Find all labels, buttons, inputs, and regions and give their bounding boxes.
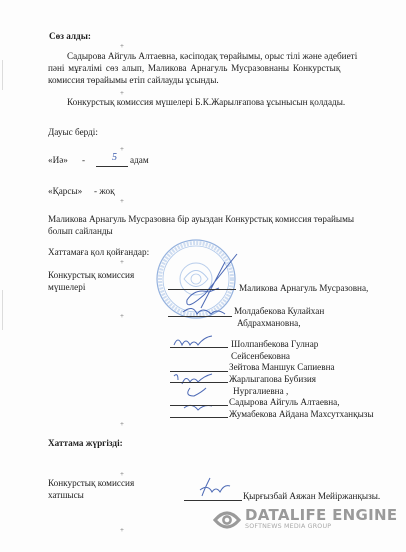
result-line: болып сайланды [48,226,113,238]
scan-mark: + [120,470,124,478]
watermark-title: DATALIFE ENGINE [245,508,397,523]
scan-mark: + [120,197,124,205]
vote-yes-unit: адам [130,155,149,167]
signature-line [184,500,242,501]
signature-line [168,316,232,317]
scan-mark: + [120,145,124,153]
vote-heading: Дауыс берді: [48,127,98,139]
signature-icon [180,384,216,418]
signature-icon [196,476,232,500]
scan-edge-mark [2,290,3,330]
members-label: Конкурстық комиссия [48,270,134,282]
scan-mark: + [120,42,124,50]
signature-line [168,289,236,290]
signature-icon [172,333,216,351]
secretary-name: Қырғызбай Аяжан Мейiржанқызы. [243,491,380,503]
watermark: DATALIFE ENGINE SOFTNEWS MEDIA GROUP [213,508,397,531]
signed-heading: Хаттамаға қол қойғандар: [48,247,149,259]
scan-mark: + [120,258,124,266]
signature-line [170,371,228,372]
secretary-label: Конкурстық комиссия [48,478,134,490]
speech-paragraph-line: комиссия төрайымы етіп сайлауды ұсынды. [48,75,219,87]
speech-paragraph-line: пәні мұғалімі сөз алып, Маликова Арнагул… [48,63,340,75]
member-name-continued: Нургалиевна , [233,386,288,398]
datalife-logo-icon [213,509,241,531]
member-name: Молдабекова Кулайхан [234,306,324,318]
member-name: Жумабекова Айдана Махсутханқызы [229,409,374,421]
member-name: Садырова Айгуль Алтаевна, [229,397,340,409]
signature-line [170,405,228,406]
scan-edge-mark [2,60,3,90]
speech-paragraph-line: Садырова Айгуль Алтаевна, кәсіподақ төра… [67,51,357,63]
vote-yes-count: 5 [112,152,117,164]
signature-line [170,347,228,348]
scan-mark: + [120,420,124,428]
secretary-heading: Хаттама жүргізді: [48,438,123,450]
result-line: Маликова Арнагуль Мусразовна бір ауыздан… [48,214,354,226]
member-name: Жарлыгапова Бубизия [229,374,316,386]
member-name: Маликова Арнагуль Мусразовна, [239,283,368,295]
signature-line [170,382,228,383]
speech-heading: Сөз алды: [49,31,91,43]
vote-no-label: «Қарсы» [48,186,82,198]
vote-dash: - [82,155,85,167]
scan-mark: + [120,526,124,534]
vote-yes-label: «Иә» [48,155,68,167]
member-name: Зейтова Маншук Сапиевна [229,362,335,374]
signature-line [170,417,228,418]
member-name-continued: Абдрахмановна, [237,318,301,330]
scan-mark: + [120,312,124,320]
support-statement: Конкурстық комиссия мүшелері Б.К.Жарылға… [67,97,345,109]
watermark-subtitle: SOFTNEWS MEDIA GROUP [245,523,397,531]
member-name-continued: Сейсенбековна [231,351,290,363]
members-label: мүшелері [48,282,85,294]
vote-yes-underline [96,166,128,167]
scanned-document-page: Сөз алды: Садырова Айгуль Алтаевна, кәсі… [0,0,406,552]
member-name: Шолпанбекова Гулнар [231,339,318,351]
secretary-label: хатшысы [48,490,84,502]
scan-mark: + [120,89,124,97]
vote-no-value: - жоқ [94,186,115,198]
